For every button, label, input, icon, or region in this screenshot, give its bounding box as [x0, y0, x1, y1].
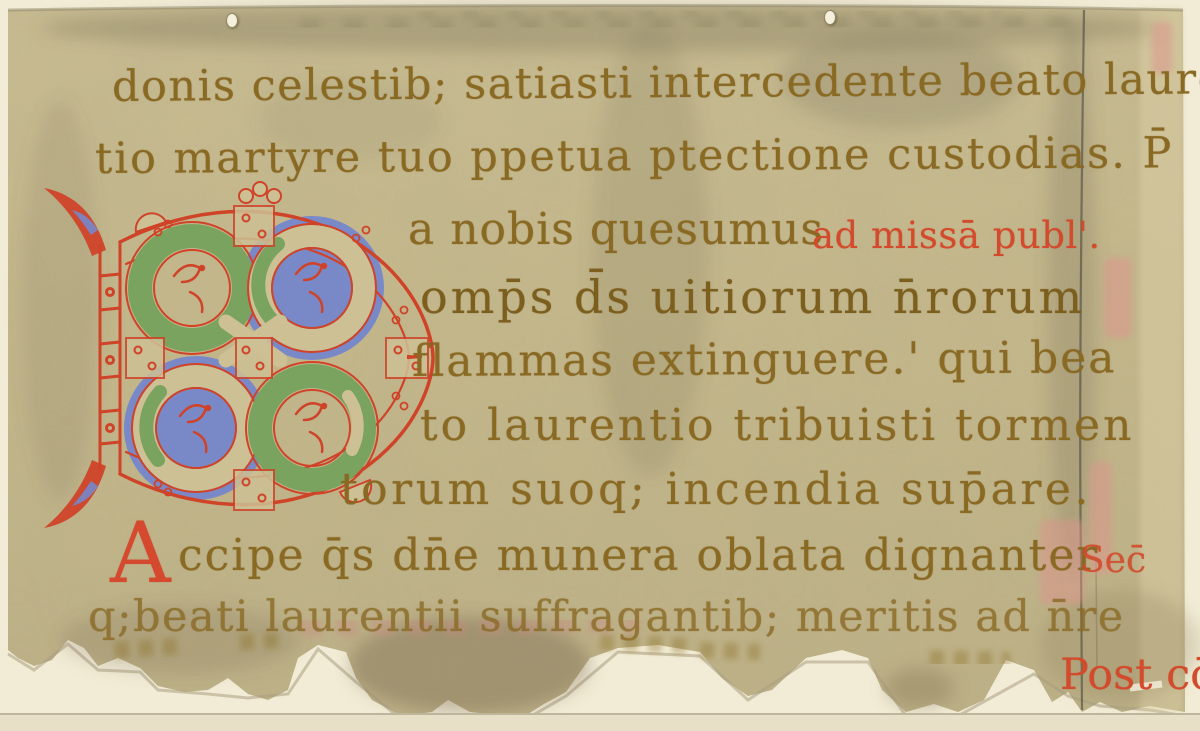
faded-capital-mark-1: [1104, 258, 1132, 338]
text-line-8: ccipe q̄s dn̄e munera oblata dignanter: [178, 530, 1099, 581]
rubric-ad-missam: ad missā publ'.: [812, 214, 1101, 257]
text-line-5: flammas extinguere.' qui bea: [412, 332, 1117, 387]
pinhole-left: [226, 13, 238, 28]
trefoil-knob: [239, 182, 281, 203]
text-line-9: q;beati laurentii suffragantib; meritis …: [88, 592, 1125, 642]
manuscript-photo: D: [0, 0, 1200, 731]
rubric-secreta: Sec̄: [1080, 540, 1146, 581]
pinhole-right: [824, 10, 836, 25]
initial-stem: [100, 242, 120, 474]
text-line-6: to laurentio tribuisti tormen: [420, 400, 1134, 451]
text-line-2: tio martyre tuo ppetua ptectione custodi…: [95, 128, 1174, 184]
text-line-3: a nobis quesumus: [408, 204, 824, 255]
text-line-4: omp̄s d̄s uitiorum n̄rorum: [420, 270, 1085, 324]
red-initial-a: A: [110, 516, 171, 592]
mat-bottom-band: [0, 713, 1200, 731]
spur-top-left: [44, 188, 106, 256]
spur-bottom-left: [44, 460, 106, 528]
text-line-1: donis celestib; satiasti intercedente be…: [112, 54, 1200, 112]
rubric-post-communio: Post cō.: [1060, 650, 1200, 700]
text-line-7: torum suoq; incendia sup̄are.: [340, 464, 1092, 515]
